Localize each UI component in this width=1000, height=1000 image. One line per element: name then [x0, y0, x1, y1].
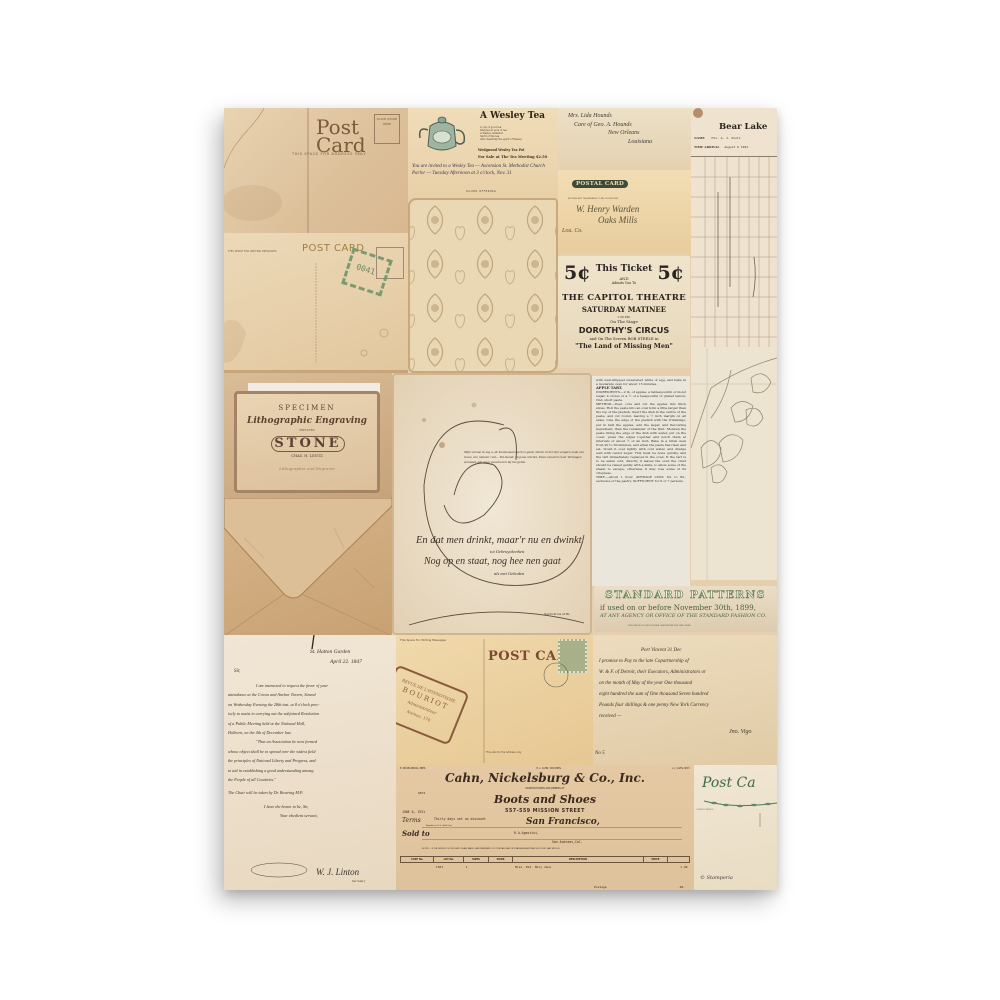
- specimen-line: Lithographer and Engraver: [237, 466, 377, 471]
- address-handwriting: Mrs. Lida Hounds Care of Geo. A. Hounds …: [568, 112, 652, 146]
- invoice-boots-and-shoes: E. NICKELSBURG, PRES. H. L. CAHN, VICE-P…: [396, 765, 694, 890]
- rule: [422, 839, 682, 840]
- invoice-postage-value: .06: [678, 885, 683, 889]
- ticket-line: On The Stage: [558, 319, 690, 324]
- register-arrival-row: TIME ARRIVAL August 6 1922: [694, 145, 748, 149]
- ticket-theatre: THE CAPITOL THEATRE: [558, 293, 690, 303]
- specimen-line: CHAS. H. LENTZ: [237, 454, 377, 458]
- postcard-subtitle: THIS SPACE FOR ADDRESS ONLY: [292, 152, 366, 156]
- coupon-line: if used on or before November 30th, 1899…: [600, 603, 756, 612]
- postcard-top-left: Post Card THIS SPACE FOR ADDRESS ONLY PL…: [224, 108, 408, 233]
- register-arrival-value: August 6 1922: [725, 145, 748, 149]
- tea-handwriting: You are invited to a Wesley Tea — Ascens…: [412, 164, 558, 177]
- recipe-ingredients: INGREDIENTS.—2 lb. of apples, a tablespo…: [596, 390, 686, 402]
- invoice-officer: E. NICKELSBURG, PRES.: [400, 767, 426, 770]
- laurel-ornament: [694, 765, 777, 890]
- recipe-body: with well-whipped sweetened white of egg…: [596, 378, 686, 483]
- note-line: W. & F. of Detroit, their Executors, Adm…: [599, 667, 773, 678]
- invoice-company: Cahn, Nickelsburg & Co., Inc.: [396, 771, 694, 785]
- copyright-stamperia: © Stamperia: [700, 875, 733, 881]
- address-line: Louisiana: [568, 138, 652, 147]
- tea-sale: For Sale at The Tea Meeting $2.50: [478, 155, 547, 159]
- postcard-divider: [224, 233, 408, 373]
- tea-title: A Wesley Tea: [480, 111, 545, 121]
- postal-handwriting: W. Henry Warden Oaks Mills Lou. Co.: [576, 204, 639, 237]
- calligraphy-signature: Voorbeeld Jan vd Ho.: [544, 612, 570, 616]
- note-signature: Jno. Vigo: [729, 729, 752, 735]
- stamp-box: PLACE STAMP HERE: [374, 114, 400, 144]
- bear-lake-register: Bear Lake NAME Mrs. A. J. Poutz TIME ARR…: [691, 108, 777, 348]
- invoice-city: San Francisco,: [526, 817, 600, 827]
- postal-line: Oaks Mills: [576, 215, 639, 226]
- cell: Miss. Pat. Mary Jane: [513, 863, 643, 872]
- recipe-footer: TIME.—About 1 hour. AVERAGE COST, 6d. to…: [596, 475, 686, 483]
- invoice-terms-value: Thirty days net no discount: [434, 817, 486, 821]
- specimen-line: EXECUTED: [237, 429, 377, 432]
- envelope-flap: [224, 498, 392, 638]
- recipe-intro: with well-whipped sweetened white of egg…: [596, 378, 686, 386]
- invoice-subtitle: MANUFACTURERS AND JOBBERS OF: [396, 787, 694, 790]
- postal-card: POSTAL CARD NOTHING BUT THE ADDRESS TO B…: [558, 170, 691, 254]
- postal-line: W. Henry Warden: [576, 204, 639, 215]
- recipe-method: METHOD.—Peel, core and cut the apples in…: [596, 402, 686, 475]
- cell: [643, 863, 668, 872]
- capitol-theatre-ticket: 5¢ 5¢ This Ticket AND Admits You To THE …: [558, 256, 690, 368]
- register-grid: [691, 156, 777, 347]
- postcard-stamped: This Space For Writing Messages POST CAR…: [396, 635, 593, 768]
- cell: 1563: [434, 863, 464, 872]
- damask-pattern-card: [408, 198, 558, 373]
- teapot-icon: [416, 112, 468, 156]
- register-name-row: NAME Mrs. A. J. Poutz: [694, 136, 741, 140]
- invoice-table: CASE No. LOT No. SIZES PAIRS DESCRIPTION…: [400, 856, 690, 871]
- calligraphy-line: Nog op en staat, nog hee nen gaat: [424, 556, 561, 567]
- rule: [422, 827, 682, 828]
- tea-line: And cheerfully the spirit of Wesley: [480, 138, 550, 141]
- address-line: Care of Geo. A. Hounds: [568, 121, 652, 130]
- invoice-officer: H. L. CAHN, VICE-PRES.: [536, 767, 561, 770]
- note-line: eight hundred the sum of One thousand Se…: [599, 689, 773, 700]
- ticket-line: and On The Screen BOB STEELE in: [558, 336, 690, 341]
- tea-poem: A cup of good tea Wedgwood pots of tea A…: [480, 126, 550, 141]
- ticket-show: DOROTHY'S CIRCUS: [558, 325, 690, 335]
- coupon-title: STANDARD PATTERNS: [594, 589, 777, 601]
- calligraphy-sheet: Mijn vriend, ik zeg u, de kunstenaarswer…: [392, 373, 592, 635]
- note-line: Pounds four shillings & one penny New Yo…: [599, 700, 773, 711]
- calligraphy-line: als met Geboden: [494, 571, 524, 576]
- cell: [488, 863, 513, 872]
- invoice-terms-label: Terms: [402, 817, 421, 824]
- postcard-address-note: This side for the Address only: [486, 751, 521, 754]
- tea-footer: SILVER OFFERING: [466, 190, 496, 193]
- postcard-green-stamp: THIS SPACE FOR WRITING MESSAGES POST CAR…: [224, 233, 408, 373]
- calligraphy-line: tot Gebruyckenheit: [490, 549, 524, 554]
- invoice-notice: NOTICE — IF THE FIRM NOT GOODS SENT, PLE…: [422, 848, 560, 850]
- botanical-leaf-page: [691, 348, 777, 580]
- handwritten-letter: St. Hatton Garden April 22. 1847 Sir, I …: [224, 635, 396, 890]
- calligraphy-body: Mijn vriend, ik zeg u, de kunstenaarswer…: [464, 450, 589, 465]
- ticket-line: Admits You To: [558, 281, 690, 285]
- register-arrival-label: TIME ARRIVAL: [694, 145, 720, 149]
- invoice-town: San Andreas,Cal.: [552, 840, 583, 844]
- postcard-green: Post Ca CORRESPONDENCE © Stamperia: [694, 765, 777, 890]
- specimen-stone: STONE: [271, 436, 345, 452]
- ticket-line: SATURDAY MATINEE: [558, 305, 690, 314]
- note-line: I promise to Pay to the late Copartnersh…: [599, 656, 773, 667]
- postal-card-badge: POSTAL CARD: [572, 180, 628, 188]
- envelope: [224, 498, 392, 638]
- invoice-officer: L. J. CAHN, SECY.: [672, 767, 690, 770]
- address-line: Mrs. Lida Hounds: [568, 112, 652, 121]
- apple-tart-recipe: with well-whipped sweetened white of egg…: [592, 376, 690, 586]
- coupon-fine-print: THIS CHECK IS YOUR VOUCHER USED WITHIN T…: [628, 625, 690, 627]
- rice-paper-sheet: Post Card THIS SPACE FOR ADDRESS ONLY PL…: [224, 108, 777, 890]
- address-card: Mrs. Lida Hounds Care of Geo. A. Hounds …: [558, 108, 691, 170]
- pin-hole: [693, 108, 703, 118]
- note-line: on the month of May of the year One thou…: [599, 678, 773, 689]
- invoice-goods: Boots and Shoes: [396, 793, 694, 806]
- tea-brand: Wedgwood Wesley Tea Pot: [478, 148, 525, 152]
- coupon-line: AT ANY AGENCY OR OFFICE OF THE STANDARD …: [600, 613, 766, 619]
- specimen-line: Lithographic Engraving: [237, 416, 377, 426]
- calligraphy-flourish: [394, 375, 592, 635]
- invoice-sold-to-label: Sold to: [402, 829, 430, 838]
- address-line: New Orleans: [568, 129, 652, 138]
- leaf-illustration: [691, 348, 777, 580]
- calligraphy-line: En dat men drinkt, maar'r nu en dwinkt: [416, 535, 582, 546]
- register-title: Bear Lake: [719, 122, 767, 132]
- promissory-note: Port Vincent 31 Dec I promise to Pay to …: [593, 635, 777, 765]
- invoice-buyer: R.A.Agostini,: [514, 831, 539, 835]
- postal-fine-print: NOTHING BUT THE ADDRESS TO BE ON THIS SI…: [568, 198, 618, 200]
- note-number: No 5: [595, 751, 605, 756]
- ticket-line: This Ticket: [558, 264, 690, 274]
- wesley-tea-card: A Wesley Tea A cup of good tea Wedgwood …: [408, 108, 558, 198]
- invoice-officers: E. NICKELSBURG, PRES. H. L. CAHN, VICE-P…: [400, 767, 690, 770]
- table-row: 1563 1 Miss. Pat. Mary Jane 1.40: [401, 863, 690, 872]
- damask-pattern: [410, 200, 558, 373]
- promissory-note-text: Port Vincent 31 Dec I promise to Pay to …: [599, 645, 773, 722]
- specimen-line: SPECIMEN: [237, 404, 377, 412]
- register-name-value: Mrs. A. J. Poutz: [712, 136, 741, 140]
- postal-line: Lou. Co.: [562, 226, 639, 237]
- cell: 1: [464, 863, 488, 872]
- invoice-postage-label: Postage: [594, 885, 607, 889]
- register-name-label: NAME: [694, 136, 705, 140]
- postcard-correspondence: CORRESPONDENCE: [696, 809, 714, 811]
- note-line: received —: [599, 711, 773, 722]
- cell: 1.40: [668, 863, 690, 872]
- note-line: Port Vincent 31 Dec: [599, 645, 773, 656]
- letter-flourish: [224, 635, 396, 890]
- specimen-card-stack: SPECIMEN Lithographic Engraving EXECUTED…: [224, 373, 392, 498]
- cell: [401, 863, 434, 872]
- specimen-card: SPECIMEN Lithographic Engraving EXECUTED…: [234, 391, 380, 493]
- invoice-street: 557-559 MISSION STREET: [396, 809, 694, 814]
- ticket-film: "The Land of Missing Men": [558, 342, 690, 350]
- standard-patterns-coupon: STANDARD PATTERNS if used on or before N…: [594, 586, 777, 632]
